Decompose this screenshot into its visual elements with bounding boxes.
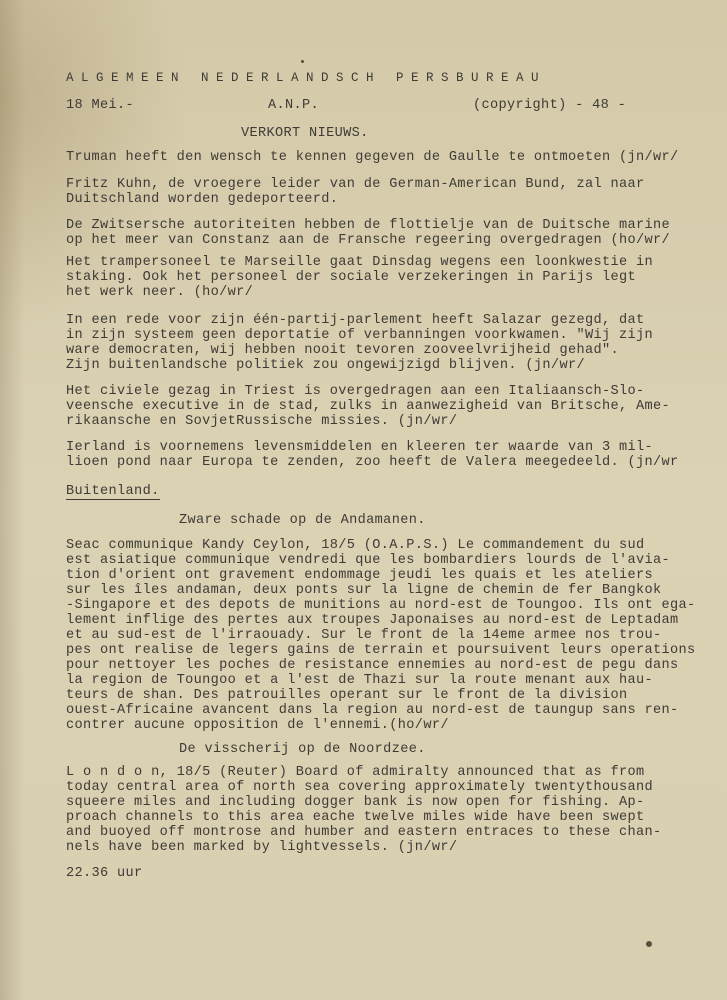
article-line: tion d'orient ont gravement endommage je… — [66, 568, 653, 583]
article-line: la region de Toungoo et a l'est de Thazi… — [66, 673, 653, 688]
news-item-line: Duitschland worden gedeporteerd. — [66, 192, 338, 207]
article-line: today central area of north sea covering… — [66, 780, 653, 795]
news-item-line: op het meer van Constanz aan de Fransche… — [66, 233, 670, 248]
section-heading: Buitenland. — [66, 484, 160, 499]
news-item-line: Ierland is voornemens levensmiddelen en … — [66, 440, 653, 455]
agency-abbrev: A.N.P. — [268, 98, 319, 113]
article-line: pour nettoyer les poches de resistance e… — [66, 658, 679, 673]
footer-time: 22.36 uur — [66, 866, 143, 881]
news-item-line: Zijn buitenlandsche politiek zou ongewij… — [66, 358, 585, 373]
news-item-line: rikaansche en SovjetRussische missies. (… — [66, 414, 457, 429]
copyright-line: (copyright) - 48 - — [473, 98, 626, 113]
article-line: nels have been marked by lightvessels. (… — [66, 840, 457, 855]
news-item-line: Het trampersoneel te Marseille gaat Dins… — [66, 255, 653, 270]
article-line: proach channels to this area eache twelv… — [66, 810, 645, 825]
article-heading: De visscherij op de Noordzee. — [179, 742, 426, 757]
date-line: 18 Mei.- — [66, 98, 134, 113]
page-title: VERKORT NIEUWS. — [241, 126, 369, 141]
article-line: squeere miles and including dogger bank … — [66, 795, 645, 810]
article-line: pes ont realise de legers gains de terra… — [66, 643, 696, 658]
news-item-line: Het civiele gezag in Triest is overgedra… — [66, 384, 645, 399]
news-item-line: Fritz Kuhn, de vroegere leider van de Ge… — [66, 177, 645, 192]
article-line: and buoyed off montrose and humber and e… — [66, 825, 662, 840]
news-item-line: veensche executive in de stad, zulks in … — [66, 399, 670, 414]
news-item-line: lioen pond naar Europa te zenden, zoo he… — [66, 455, 679, 470]
news-item-line: ware democraten, wij hebben nooit tevore… — [66, 343, 619, 358]
article-line: -Singapore et des depots de munitions au… — [66, 598, 696, 613]
section-heading-text: Buitenland. — [66, 484, 160, 500]
news-item-line: In een rede voor zijn één-partij-parleme… — [66, 313, 645, 328]
news-item-line: De Zwitsersche autoriteiten hebben de fl… — [66, 218, 670, 233]
article-heading: Zware schade op de Andamanen. — [179, 513, 426, 528]
news-item-line: in zijn systeem geen deportatie of verba… — [66, 328, 653, 343]
article-line: Seac communique Kandy Ceylon, 18/5 (O.A.… — [66, 538, 645, 553]
article-line: sur les îles andaman, deux ponts sur la … — [66, 583, 662, 598]
paper-stain — [301, 60, 304, 63]
article-line: L o n d o n, 18/5 (Reuter) Board of admi… — [66, 765, 645, 780]
news-item-line: het werk neer. (ho/wr/ — [66, 285, 253, 300]
agency-header: ALGEMEEN NEDERLANDSCH PERSBUREAU — [66, 71, 546, 86]
article-line: teurs de shan. Des patrouilles operant s… — [66, 688, 628, 703]
article-line: est asiatique communique vendredi que le… — [66, 553, 670, 568]
article-line: contrer aucune opposition de l'ennemi.(h… — [66, 718, 449, 733]
news-item-line: staking. Ook het personeel der sociale v… — [66, 270, 636, 285]
news-item-line: Truman heeft den wensch te kennen gegeve… — [66, 150, 679, 165]
article-line: lement inflige des pertes aux troupes Ja… — [66, 613, 679, 628]
typewritten-page: ALGEMEEN NEDERLANDSCH PERSBUREAU 18 Mei.… — [0, 0, 727, 1000]
article-line: et au sud-est de l'irraouady. Sur le fro… — [66, 628, 662, 643]
paper-stain — [646, 941, 652, 947]
article-line: ouest-Africaine avancent dans la region … — [66, 703, 679, 718]
